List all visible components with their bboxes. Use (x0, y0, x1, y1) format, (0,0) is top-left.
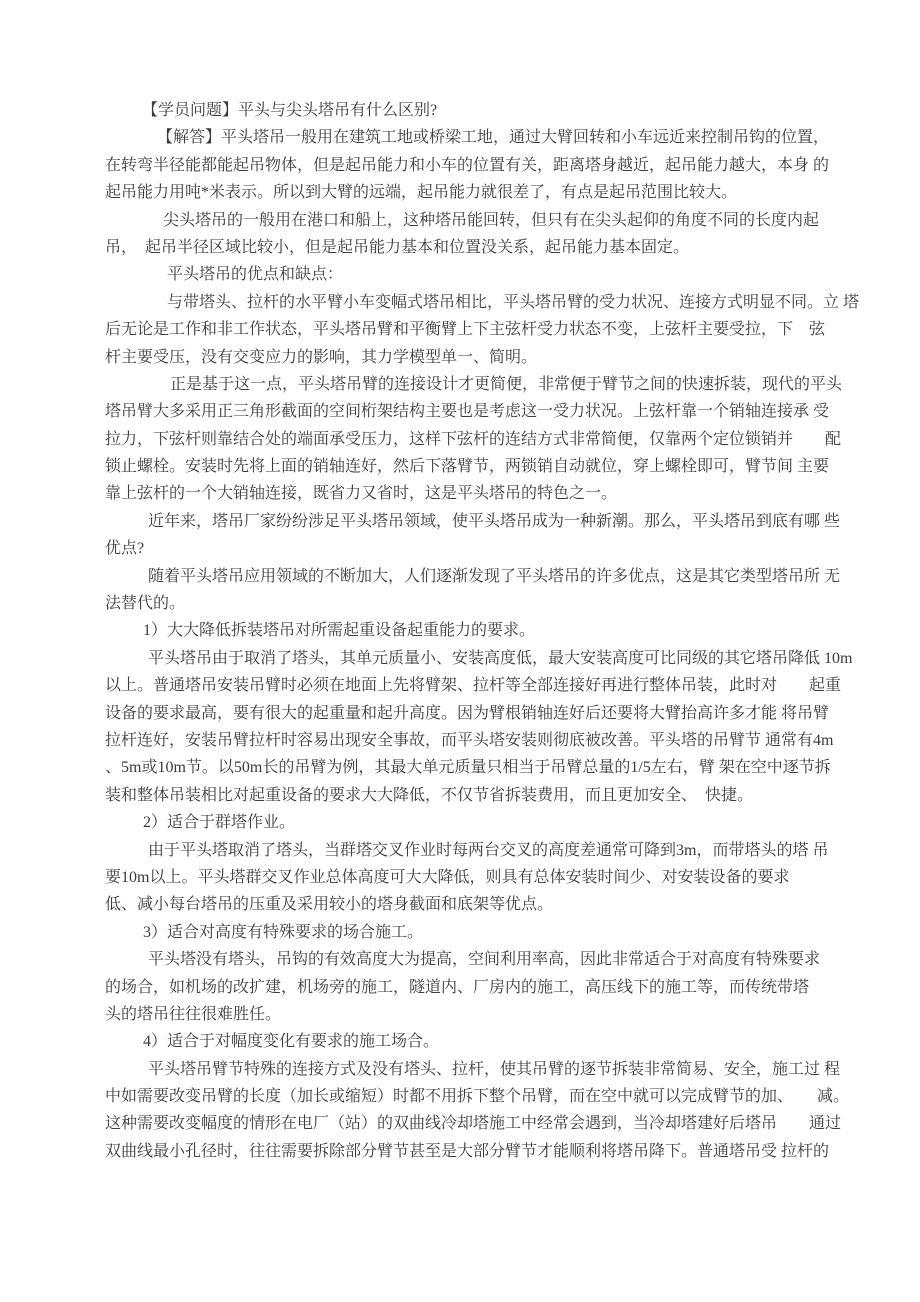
text-line: 设备的要求最高，要有很大的起重量和起升高度。因为臂根销轴连好后还要将大臂抬高许多… (105, 700, 845, 727)
text-line: 平头塔吊臂节特殊的连接方式及没有塔头、拉杆，使其吊臂的逐节拆装非常简易、安全，施… (105, 1056, 845, 1083)
text-line: 2）适合于群塔作业。 (105, 809, 845, 836)
text-line: 1）大大降低拆装塔吊对所需起重设备起重能力的要求。 (105, 617, 845, 644)
text-line: 正是基于这一点，平头塔吊臂的连接设计才更简便，非常便于臂节之间的快速拆装，现代的… (105, 371, 845, 398)
text-line: 以上。普通塔吊安装吊臂时必须在地面上先将臂架、拉杆等全部连接好再进行整体吊装，此… (105, 672, 845, 699)
text-line: 优点? (105, 535, 845, 562)
text-line: 由于平头塔取消了塔头，当群塔交叉作业时每两台交叉的高度差通常可降到3m，而带塔头… (105, 837, 845, 864)
question-line: 【学员问题】平头与尖头塔吊有什么区别? (105, 97, 845, 124)
text-line: 起吊能力用吨*米表示。所以到大臂的远端，起吊能力就很差了，有点是起吊范围比较大。 (105, 179, 845, 206)
document-body: 【学员问题】平头与尖头塔吊有什么区别?【解答】平头塔吊一般用在建筑工地或桥梁工地… (105, 97, 845, 1165)
text-line: 法替代的。 (105, 590, 845, 617)
text-line: 平头塔没有塔头，吊钩的有效高度大为提高，空间利用率高，因此非常适合于对高度有特殊… (105, 946, 845, 973)
text-line: 装和整体吊装相比对起重设备的要求大大降低，不仅节省拆装费用，而且更加安全、 快捷… (105, 782, 845, 809)
text-line: 靠上弦杆的一个大销轴连接，既省力又省时，这是平头塔吊的特色之一。 (105, 480, 845, 507)
text-line: 尖头塔吊的一般用在港口和船上，这种塔吊能回转，但只有在尖头起仰的角度不同的长度内… (105, 207, 845, 234)
text-line: 、5m或10m节。以50m长的吊臂为例，其最大单元质量只相当于吊臂总量的1/5左… (105, 754, 845, 781)
text-line: 近年来，塔吊厂家纷纷涉足平头塔吊领域，使平头塔吊成为一种新潮。那么，平头塔吊到底… (105, 508, 845, 535)
text-line: 锁止螺栓。安装时先将上面的销轴连好，然后下落臂节，两锁销自动就位，穿上螺栓即可，… (105, 453, 845, 480)
text-line: 双曲线最小孔径时，往往需要拆除部分臂节甚至是大部分臂节才能顺利将塔吊降下。普通塔… (105, 1138, 845, 1165)
text-line: 在转弯半径能都能起吊物体，但是起吊能力和小车的位置有关，距离塔身越近，起吊能力越… (105, 152, 845, 179)
text-line: 这种需要改变幅度的情形在电厂（站）的双曲线冷却塔施工中经常会遇到，当冷却塔建好后… (105, 1110, 845, 1137)
text-line: 拉力，下弦杆则靠结合处的端面承受压力，这样下弦杆的连结方式非常简便，仅靠两个定位… (105, 426, 845, 453)
text-line: 【解答】平头塔吊一般用在建筑工地或桥梁工地，通过大臂回转和小车远近来控制吊钩的位… (105, 124, 845, 151)
text-line: 随着平头塔吊应用领域的不断加大，人们逐渐发现了平头塔吊的许多优点，这是其它类型塔… (105, 563, 845, 590)
text-line: 低、减小每台塔吊的压重及采用较小的塔身截面和底架等优点。 (105, 891, 845, 918)
text-line: 头的塔吊往往很难胜任。 (105, 1001, 845, 1028)
text-line: 拉杆连好，安装吊臂拉杆时容易出现安全事故，而平头塔安装则彻底被改善。平头塔的吊臂… (105, 727, 845, 754)
text-line: 的场合，如机场的改扩建，机场旁的施工，隧道内、厂房内的施工，高压线下的施工等，而… (105, 974, 845, 1001)
text-line: 3）适合对高度有特殊要求的场合施工。 (105, 919, 845, 946)
document-page: 【学员问题】平头与尖头塔吊有什么区别?【解答】平头塔吊一般用在建筑工地或桥梁工地… (0, 0, 920, 1302)
text-line: 后无论是工作和非工作状态，平头塔吊臂和平衡臂上下主弦杆受力状态不变，上弦杆主要受… (105, 316, 845, 343)
text-line: 中如需要改变吊臂的长度（加长或缩短）时都不用拆下整个吊臂，而在空中就可以完成臂节… (105, 1083, 845, 1110)
text-line: 吊， 起吊半径区域比较小，但是起吊能力基本和位置没关系，起吊能力基本固定。 (105, 234, 845, 261)
text-line: 平头塔吊由于取消了塔头，其单元质量小、安装高度低，最大安装高度可比同级的其它塔吊… (105, 645, 845, 672)
text-line: 平头塔吊的优点和缺点： (105, 261, 845, 288)
text-line: 要10m以上。平头塔群交叉作业总体高度可大大降低，则具有总体安装时间少、对安装设… (105, 864, 845, 891)
text-line: 与带塔头、拉杆的水平臂小车变幅式塔吊相比，平头塔吊臂的受力状况、连接方式明显不同… (105, 289, 845, 316)
text-line: 4）适合于对幅度变化有要求的施工场合。 (105, 1028, 845, 1055)
text-line: 杆主要受压，没有交变应力的影响，其力学模型单一、简明。 (105, 344, 845, 371)
text-line: 塔吊臂大多采用正三角形截面的空间桁架结构主要也是考虑这一受力状况。上弦杆靠一个销… (105, 398, 845, 425)
